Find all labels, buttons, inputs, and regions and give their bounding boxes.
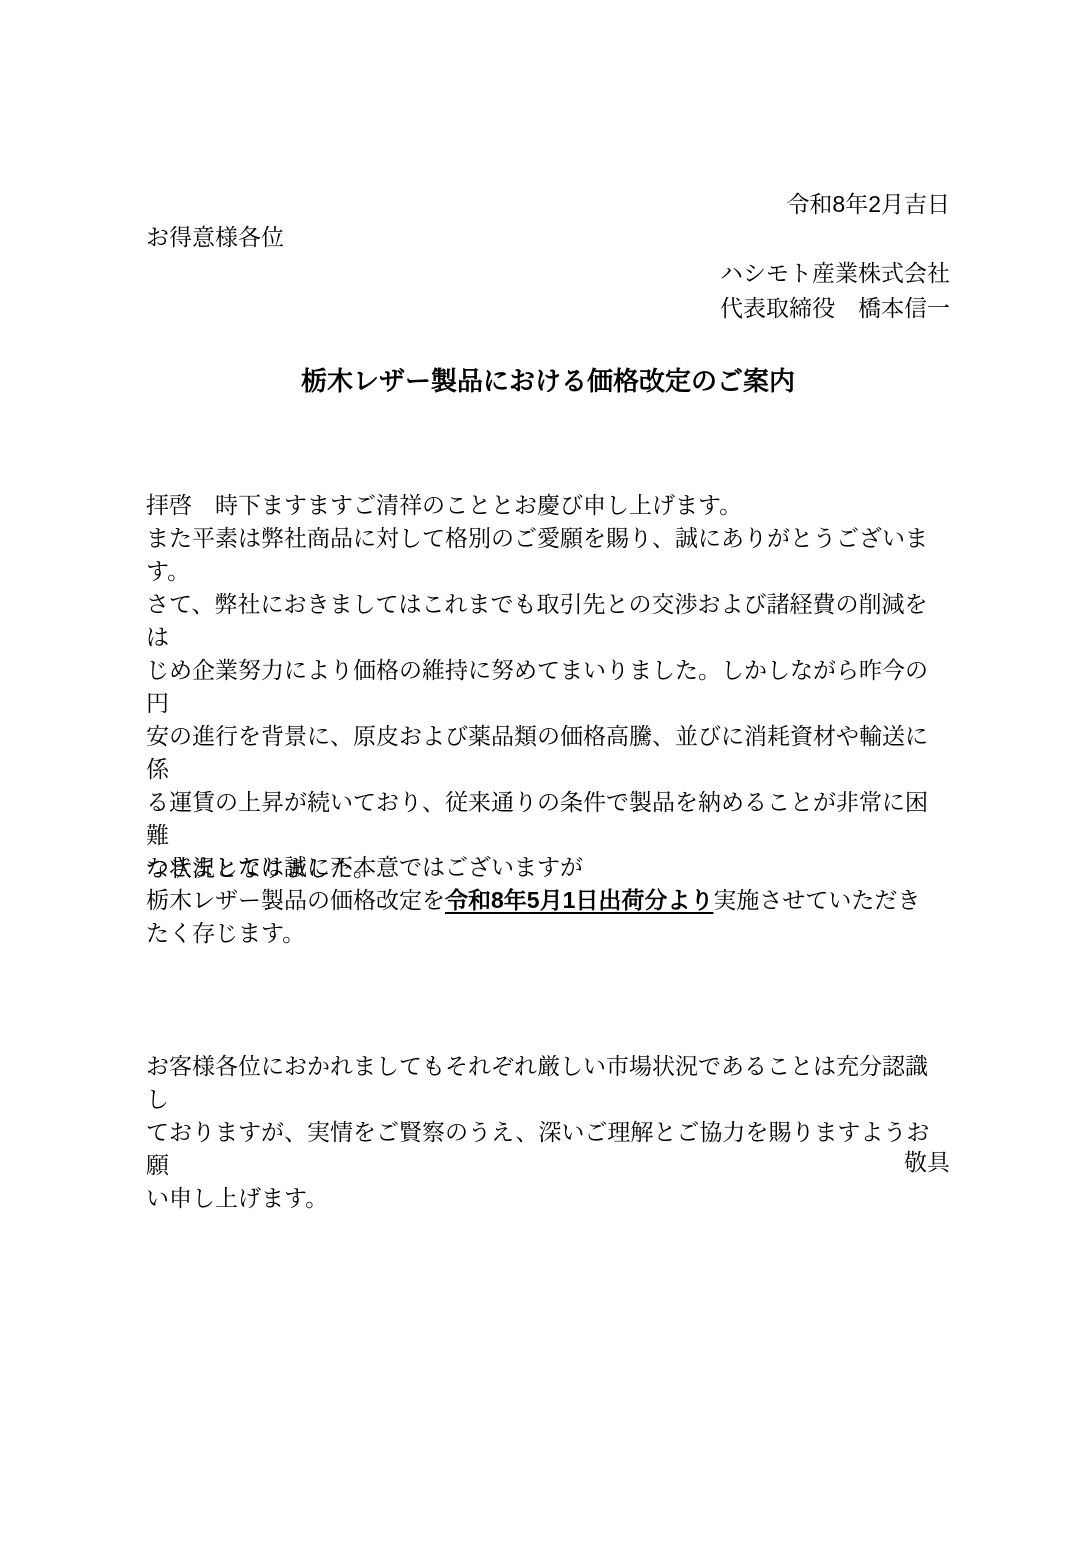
sender-representative: 代表取締役 橋本信一	[720, 291, 950, 326]
letter-date: 令和8年2月吉日	[146, 188, 963, 221]
paragraph-greeting: 拝啓 時下ますますご清祥のこととお慶び申し上げます。 また平素は弊社商品に対して…	[146, 489, 950, 588]
document-title: 栃木レザー製品における価格改定のご案内	[146, 364, 950, 398]
paragraph-price-revision-notice: つきましては誠に不本意ではございますが 栃木レザー製品の価格改定を令和8年5月1…	[146, 818, 950, 950]
notice-effective-date-emphasis: 令和8年5月1日出荷分より	[445, 887, 713, 913]
sender-inner: ハシモト産業株式会社 代表取締役 橋本信一	[720, 256, 950, 326]
letter-recipient: お得意様各位	[146, 221, 284, 254]
letter-page: 令和8年2月吉日 お得意様各位 ハシモト産業株式会社 代表取締役 橋本信一 栃木…	[0, 0, 1091, 1543]
sender-company: ハシモト産業株式会社	[720, 256, 950, 291]
paragraph-closing: お客様各位におかれましてもそれぞれ厳しい市場状況であることは充分認識し ておりま…	[146, 1050, 950, 1215]
sign-off-keigu: 敬具	[146, 1146, 960, 1179]
sender-block: ハシモト産業株式会社 代表取締役 橋本信一	[146, 256, 963, 326]
